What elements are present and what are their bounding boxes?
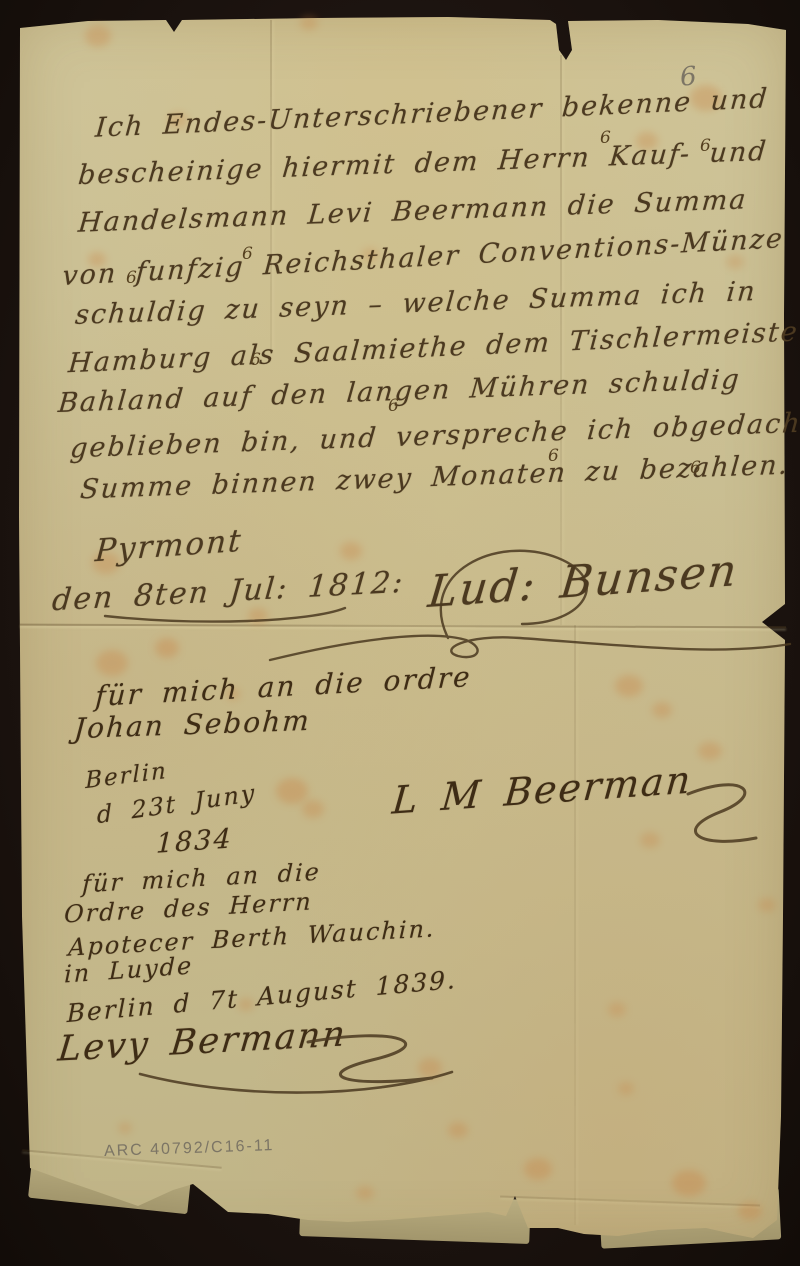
script-mark-6: 6 xyxy=(690,458,701,478)
vertical-fold-crease xyxy=(574,625,576,1225)
scanned-document-photo: { "doc": { "kind": "Handwritten promisso… xyxy=(0,0,800,1266)
script-mark-6: 6 xyxy=(126,268,137,288)
script-mark-6: 6 xyxy=(388,396,399,416)
script-mark-6: 6 xyxy=(548,446,559,466)
script-mark-6: 6 xyxy=(700,136,711,156)
script-mark-6: 6 xyxy=(250,350,261,370)
script-mark-6: 6 xyxy=(242,244,253,264)
endorsement1-year: 1834 xyxy=(156,823,234,860)
script-mark-6: 6 xyxy=(600,128,611,148)
